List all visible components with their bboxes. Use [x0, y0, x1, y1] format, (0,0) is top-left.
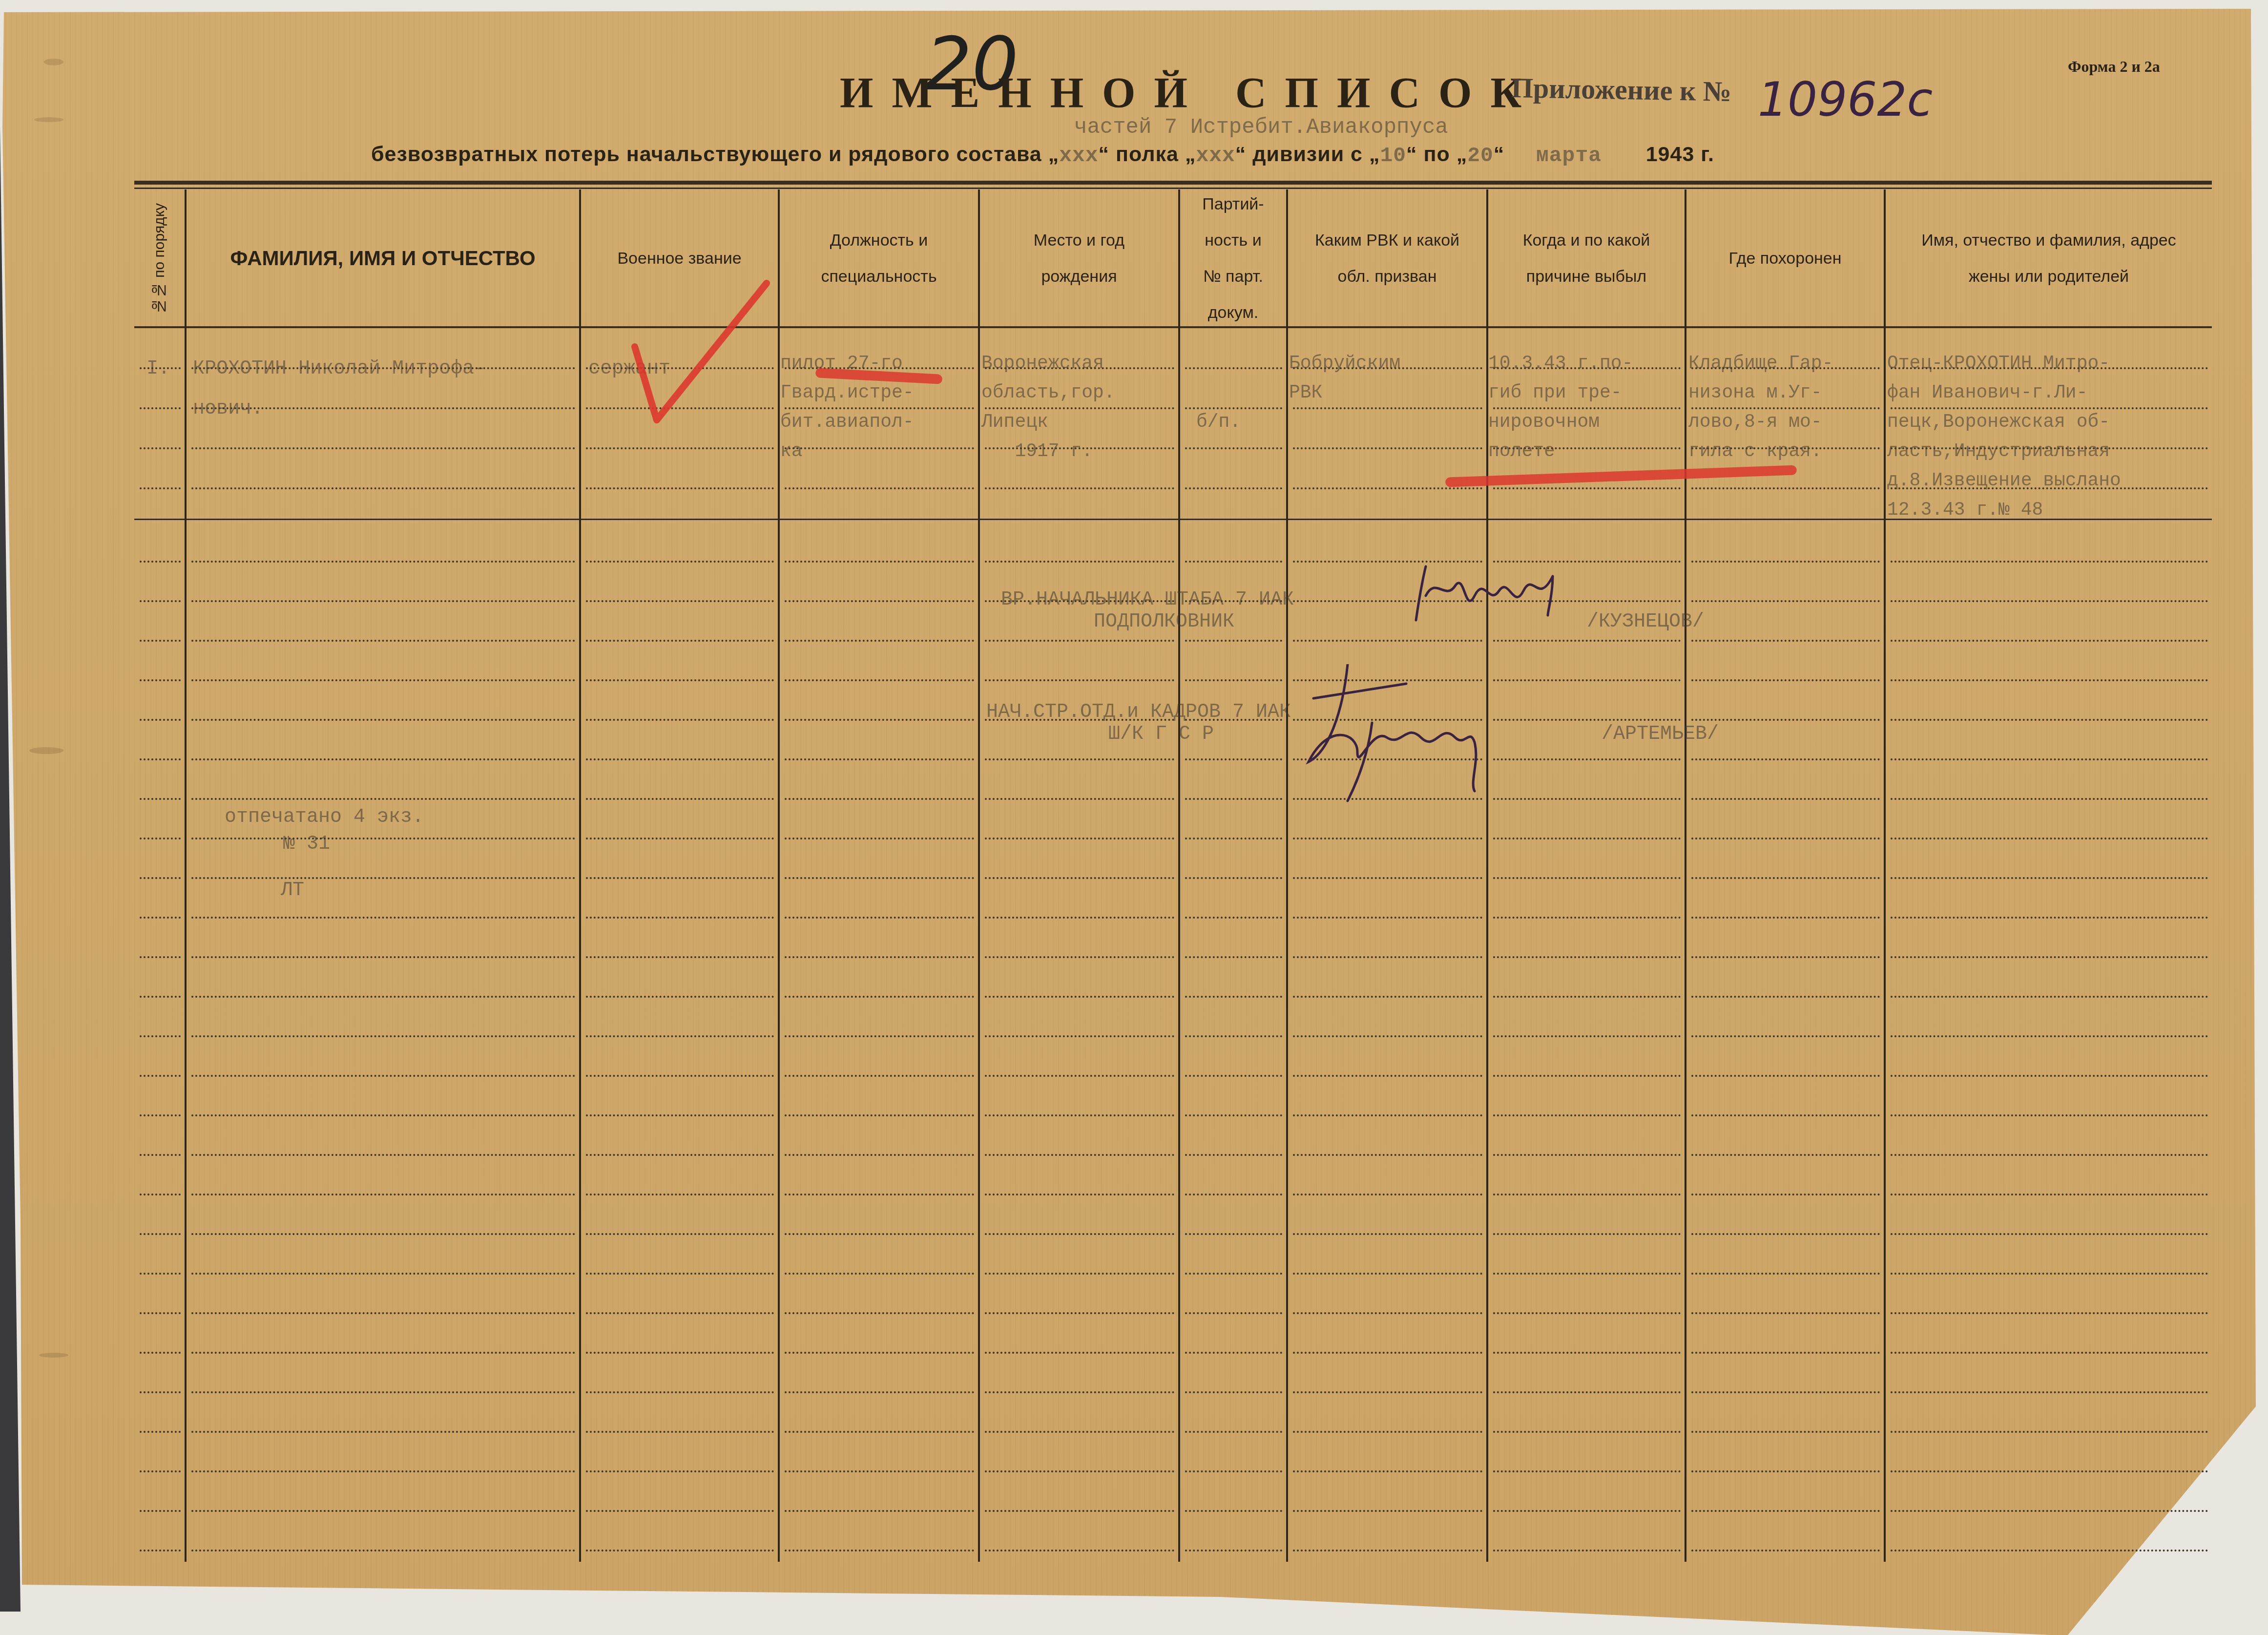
ruled-line	[1185, 917, 1282, 919]
ruled-line	[586, 798, 774, 800]
ruled-line	[1691, 600, 1880, 602]
ruled-line	[985, 1233, 1174, 1235]
ruled-line	[586, 1510, 774, 1512]
ruled-line	[1185, 561, 1282, 563]
signature-1-title: ВР.НАЧАЛЬНИКА ШТАБА 7 ИАК	[1001, 588, 1294, 612]
regiment-label: “ полка „	[1099, 143, 1196, 166]
ruled-line	[586, 956, 774, 958]
ruled-line	[586, 917, 774, 919]
ruled-line	[1185, 679, 1282, 681]
ruled-line	[1185, 1431, 1282, 1433]
ruled-line	[191, 877, 575, 879]
ruled-line	[1493, 1391, 1681, 1393]
ruled-line	[1691, 487, 1880, 489]
ruled-line	[785, 996, 974, 998]
ruled-line	[1293, 1312, 1482, 1314]
regiment-value: ххх	[1059, 144, 1098, 168]
cell-name: КРОХОТИН Николай Митрофа- нович.	[193, 349, 486, 429]
ruled-line	[785, 1114, 974, 1116]
ruled-line	[785, 1391, 974, 1393]
ruled-line	[1891, 1233, 2208, 1235]
ruled-line	[785, 487, 974, 489]
ruled-line	[1691, 956, 1880, 958]
year-suffix: г.	[1701, 143, 1714, 166]
table-top-rule	[134, 181, 2212, 185]
ruled-line	[1691, 1391, 1880, 1393]
table-top-rule-thin	[134, 188, 2212, 189]
ruled-line	[140, 877, 181, 879]
signature-1-icon	[1406, 557, 1592, 635]
division-value: ххх	[1196, 144, 1235, 168]
ruled-line	[586, 1114, 774, 1116]
ruled-line	[191, 719, 575, 721]
ruled-line	[1493, 640, 1681, 642]
ruled-line	[1493, 1194, 1681, 1195]
ruled-line	[586, 561, 774, 563]
ruled-line	[785, 1194, 974, 1195]
ruled-line	[1493, 877, 1681, 879]
col-header-birth: Место и год рождения	[980, 190, 1178, 326]
ruled-line	[785, 679, 974, 681]
ruled-line	[191, 758, 575, 760]
ruled-line	[191, 917, 575, 919]
ruled-line	[1293, 1194, 1482, 1195]
ruled-line	[985, 798, 1174, 800]
ruled-line	[785, 1550, 974, 1551]
ruled-line	[1891, 679, 2208, 681]
ruled-line	[586, 1035, 774, 1037]
ruled-line	[1891, 1154, 2208, 1156]
ruled-line	[1185, 1352, 1282, 1354]
ruled-line	[985, 1035, 1174, 1037]
to-label: “ по „	[1406, 143, 1467, 166]
paper-tear	[29, 747, 63, 754]
ruled-line	[1185, 1075, 1282, 1077]
cell-when: 10.3.43 г.по- гиб при тре- нировочном по…	[1488, 349, 1633, 466]
ruled-line	[985, 1550, 1174, 1551]
ruled-line	[140, 838, 181, 839]
ruled-line	[1891, 798, 2208, 800]
ruled-line	[1493, 1510, 1681, 1512]
col-header-position: Должность и специальность	[780, 190, 978, 326]
ruled-line	[586, 719, 774, 721]
col-header-name: ФАМИЛИЯ, ИМЯ И ОТЧЕСТВО	[187, 190, 579, 326]
ruled-line	[785, 1470, 974, 1472]
ruled-line	[785, 1035, 974, 1037]
ruled-line	[785, 1431, 974, 1433]
ruled-line	[1891, 1312, 2208, 1314]
ruled-line	[985, 956, 1174, 958]
ruled-line	[1691, 758, 1880, 760]
ruled-line	[586, 1075, 774, 1077]
ruled-line	[985, 1273, 1174, 1275]
ruled-line	[1185, 877, 1282, 879]
ruled-line	[985, 1114, 1174, 1116]
ruled-line	[1691, 1312, 1880, 1314]
ruled-line	[1691, 1550, 1880, 1551]
ruled-line	[785, 877, 974, 879]
ruled-line	[1691, 1233, 1880, 1235]
ruled-line	[586, 487, 774, 489]
ruled-line	[1293, 1431, 1482, 1433]
ruled-line	[1691, 1035, 1880, 1037]
ruled-line	[140, 561, 181, 563]
ruled-line	[1891, 996, 2208, 998]
ruled-line	[1185, 1233, 1282, 1235]
ruled-line	[1185, 758, 1282, 760]
column-divider	[1685, 189, 1686, 1562]
ruled-line	[140, 956, 181, 958]
month-sep: “	[1494, 143, 1505, 166]
ruled-line	[1691, 1470, 1880, 1472]
ruled-line	[191, 1233, 575, 1235]
ruled-line	[1493, 1154, 1681, 1156]
ruled-line	[140, 917, 181, 919]
ruled-line	[1493, 1470, 1681, 1472]
ruled-line	[1493, 1352, 1681, 1354]
ruled-line	[140, 1431, 181, 1433]
ruled-line	[985, 996, 1174, 998]
ruled-line	[140, 1550, 181, 1551]
ruled-line	[586, 1352, 774, 1354]
annex-label: Приложение к №	[1511, 71, 1731, 108]
copies-note: отпечатано 4 экз.	[225, 806, 424, 829]
col-header-num: №№ по порядку	[134, 190, 185, 326]
ruled-line	[140, 1470, 181, 1472]
ruled-line	[191, 487, 575, 489]
ruled-line	[1691, 1510, 1880, 1512]
ruled-line	[1891, 1194, 2208, 1195]
ruled-line	[586, 1550, 774, 1551]
ruled-line	[1293, 640, 1482, 642]
ruled-line	[140, 798, 181, 800]
col-header-buried: Где похоронен	[1686, 190, 1884, 326]
ruled-line	[1293, 877, 1482, 879]
ruled-line	[1891, 838, 2208, 839]
form-label: Форма 2 и 2а	[2068, 58, 2160, 76]
ruled-line	[191, 1510, 575, 1512]
ruled-line	[985, 1194, 1174, 1195]
ruled-line	[1493, 798, 1681, 800]
ruled-line	[1185, 447, 1282, 449]
ruled-line	[191, 956, 575, 958]
ruled-line	[191, 1550, 575, 1551]
ruled-line	[1493, 487, 1681, 489]
month: марта	[1536, 144, 1602, 168]
paper-tear	[44, 59, 63, 65]
ruled-line	[1891, 917, 2208, 919]
ruled-line	[1185, 1273, 1282, 1275]
cell-num: I.	[146, 349, 170, 389]
ruled-line	[191, 996, 575, 998]
ruled-line	[1293, 1075, 1482, 1077]
ruled-line	[140, 640, 181, 642]
ruled-line	[985, 758, 1174, 760]
ruled-line	[140, 758, 181, 760]
ruled-line	[1891, 600, 2208, 602]
ruled-line	[985, 640, 1174, 642]
cell-buried: Кладбище Гар- низона м.Уг- лово,8-я мо- …	[1688, 349, 1833, 466]
ruled-line	[1891, 1352, 2208, 1354]
ruled-line	[1493, 1075, 1681, 1077]
ruled-line	[785, 640, 974, 642]
column-divider	[579, 189, 581, 1562]
ruled-line	[1691, 1075, 1880, 1077]
ruled-line	[985, 877, 1174, 879]
col-header-when: Когда и по какой причине выбыл	[1488, 190, 1685, 326]
ruled-line	[1185, 640, 1282, 642]
reference-number: № 31	[283, 833, 330, 856]
ruled-line	[1293, 1273, 1482, 1275]
ruled-line	[586, 640, 774, 642]
ruled-line	[1293, 838, 1482, 839]
ruled-line	[191, 838, 575, 839]
ruled-line	[191, 1114, 575, 1116]
year: 1943	[1646, 143, 1695, 166]
ruled-line	[1493, 996, 1681, 998]
ruled-line	[1891, 640, 2208, 642]
ruled-line	[785, 1352, 974, 1354]
ruled-line	[1691, 996, 1880, 998]
ruled-line	[1891, 1114, 2208, 1116]
ruled-line	[1691, 1352, 1880, 1354]
ruled-line	[140, 600, 181, 602]
ruled-line	[586, 838, 774, 839]
ruled-line	[1691, 838, 1880, 839]
ruled-line	[1691, 1273, 1880, 1275]
ruled-line	[1891, 877, 2208, 879]
ruled-line	[1293, 1114, 1482, 1116]
ruled-line	[785, 1273, 974, 1275]
annex-number: 10962с	[1758, 72, 1933, 127]
ruled-line	[985, 487, 1174, 489]
ruled-line	[1185, 1510, 1282, 1512]
ruled-line	[1185, 798, 1282, 800]
ruled-line	[1891, 1431, 2208, 1433]
ruled-line	[1293, 1470, 1482, 1472]
ruled-line	[785, 1510, 974, 1512]
ruled-line	[1493, 679, 1681, 681]
ruled-line	[140, 1233, 181, 1235]
ruled-line	[1185, 1035, 1282, 1037]
ruled-line	[1891, 1550, 2208, 1551]
cell-party: б/п.	[1196, 349, 1241, 437]
ruled-line	[785, 917, 974, 919]
to-day: 20	[1467, 144, 1494, 168]
ruled-line	[985, 1431, 1174, 1433]
signature-2-title: НАЧ.СТР.ОТД.и КАДРОВ 7 ИАК	[986, 701, 1291, 724]
ruled-line	[1493, 1273, 1681, 1275]
division-label: “ дивизии с „	[1235, 143, 1380, 166]
ruled-line	[1691, 798, 1880, 800]
col-header-rvk: Каким РВК и какой обл. призван	[1288, 190, 1486, 326]
ruled-line	[1891, 1391, 2208, 1393]
ruled-line	[140, 1510, 181, 1512]
signature-2-rank: Ш/К Г С Р	[1108, 723, 1214, 746]
ruled-line	[140, 1194, 181, 1195]
ruled-line	[985, 1510, 1174, 1512]
ruled-line	[140, 996, 181, 998]
ruled-line	[191, 1154, 575, 1156]
ruled-line	[140, 1154, 181, 1156]
ruled-line	[586, 877, 774, 879]
ruled-line	[785, 956, 974, 958]
ruled-line	[1293, 447, 1482, 449]
ruled-line	[985, 1352, 1174, 1354]
cell-birth: Воронежская область,гор. Липецк 1917 г.	[981, 349, 1115, 466]
column-divider	[978, 189, 980, 1562]
ruled-line	[140, 1391, 181, 1393]
from-day: 10	[1380, 144, 1406, 168]
ruled-line	[1185, 1391, 1282, 1393]
ruled-line	[1691, 1114, 1880, 1116]
ruled-line	[1185, 1114, 1282, 1116]
ruled-line	[1185, 1154, 1282, 1156]
ruled-line	[1185, 1194, 1282, 1195]
ruled-line	[140, 487, 181, 489]
ruled-line	[785, 1154, 974, 1156]
ruled-line	[1691, 1431, 1880, 1433]
ruled-line	[586, 679, 774, 681]
ruled-line	[985, 679, 1174, 681]
ruled-line	[586, 758, 774, 760]
ruled-line	[1891, 719, 2208, 721]
ruled-line	[985, 1312, 1174, 1314]
ruled-line	[191, 1431, 575, 1433]
ruled-line	[586, 1431, 774, 1433]
ruled-line	[191, 1352, 575, 1354]
ruled-line	[1185, 487, 1282, 489]
unit-typed: частей 7 Истребит.Авиакорпуса	[1074, 115, 1448, 140]
column-divider	[1286, 189, 1288, 1562]
ruled-line	[1185, 1550, 1282, 1551]
ruled-line	[1293, 917, 1482, 919]
ruled-line	[140, 447, 181, 449]
ruled-line	[1185, 996, 1282, 998]
ruled-line	[586, 600, 774, 602]
document-title: ИМЕННОЙ СПИСОК	[840, 68, 1540, 118]
signature-1-name: /КУЗНЕЦОВ/	[1587, 610, 1704, 634]
ruled-line	[191, 798, 575, 800]
ruled-line	[1293, 996, 1482, 998]
ruled-line	[1293, 1550, 1482, 1551]
ruled-line	[140, 719, 181, 721]
cell-relatives: Отец-КРОХОТИН Митро- фан Иванович-г.Ли- …	[1887, 349, 2121, 525]
ruled-line	[1493, 956, 1681, 958]
subtitle-prefix: безвозвратных потерь начальствующего и р…	[371, 143, 1059, 166]
ruled-line	[985, 1470, 1174, 1472]
ruled-line	[1891, 1273, 2208, 1275]
ruled-line	[191, 679, 575, 681]
col-header-relatives: Имя, отчество и фамилия, адрес жены или …	[1886, 190, 2212, 326]
ruled-line	[586, 447, 774, 449]
ruled-line	[785, 600, 974, 602]
ruled-line	[191, 640, 575, 642]
ruled-line	[1691, 640, 1880, 642]
col-header-party: Партий-ность и № парт. докум.	[1180, 190, 1286, 326]
ruled-line	[140, 1075, 181, 1077]
typist-initials: ЛТ	[281, 879, 304, 902]
ruled-line	[785, 758, 974, 760]
ruled-line	[1293, 487, 1482, 489]
ruled-line	[586, 996, 774, 998]
ruled-line	[1891, 1075, 2208, 1077]
ruled-line	[785, 798, 974, 800]
ruled-line	[1293, 1391, 1482, 1393]
ruled-line	[191, 600, 575, 602]
ruled-line	[1293, 1352, 1482, 1354]
ruled-line	[1185, 956, 1282, 958]
ruled-line	[140, 407, 181, 409]
ruled-line	[1185, 1312, 1282, 1314]
ruled-line	[191, 1194, 575, 1195]
ruled-line	[191, 1391, 575, 1393]
ruled-line	[1293, 956, 1482, 958]
header-bottom-rule	[134, 326, 2212, 328]
ruled-line	[985, 1154, 1174, 1156]
ruled-line	[191, 1273, 575, 1275]
ruled-line	[1691, 1154, 1880, 1156]
ruled-line	[1493, 1233, 1681, 1235]
ruled-line	[1891, 1510, 2208, 1512]
ruled-line	[785, 1075, 974, 1077]
ruled-line	[785, 561, 974, 563]
ruled-line	[191, 1035, 575, 1037]
ruled-line	[1293, 1154, 1482, 1156]
ruled-line	[1493, 758, 1681, 760]
ruled-line	[985, 838, 1174, 839]
ruled-line	[985, 1075, 1174, 1077]
ruled-line	[1891, 956, 2208, 958]
ruled-line	[1891, 1470, 2208, 1472]
ruled-line	[1691, 877, 1880, 879]
column-divider	[1884, 189, 1886, 1562]
ruled-line	[985, 561, 1174, 563]
ruled-line	[1293, 1233, 1482, 1235]
signature-1-rank: ПОДПОЛКОВНИК	[1094, 610, 1234, 634]
ruled-line	[586, 1233, 774, 1235]
ruled-line	[191, 561, 575, 563]
column-divider	[185, 189, 187, 1562]
ruled-line	[985, 917, 1174, 919]
ruled-line	[140, 1352, 181, 1354]
ruled-line	[1185, 838, 1282, 839]
ruled-line	[1293, 1510, 1482, 1512]
ruled-line	[1891, 758, 2208, 760]
ruled-line	[586, 1154, 774, 1156]
ruled-line	[785, 1233, 974, 1235]
ruled-line	[1691, 719, 1880, 721]
ruled-line	[1493, 917, 1681, 919]
ruled-line	[191, 1470, 575, 1472]
ruled-line	[1691, 679, 1880, 681]
column-divider	[1178, 189, 1180, 1562]
ruled-line	[191, 1075, 575, 1077]
ruled-line	[1293, 1035, 1482, 1037]
ruled-line	[1691, 1194, 1880, 1195]
signature-2-icon	[1299, 664, 1514, 811]
paper-tear	[39, 1353, 68, 1358]
ruled-line	[586, 1194, 774, 1195]
ruled-line	[1493, 1035, 1681, 1037]
ruled-line	[985, 1391, 1174, 1393]
ruled-line	[1493, 719, 1681, 721]
ruled-line	[140, 679, 181, 681]
ruled-line	[191, 1312, 575, 1314]
ruled-line	[1891, 1035, 2208, 1037]
ruled-line	[586, 1312, 774, 1314]
ruled-line	[1493, 1431, 1681, 1433]
